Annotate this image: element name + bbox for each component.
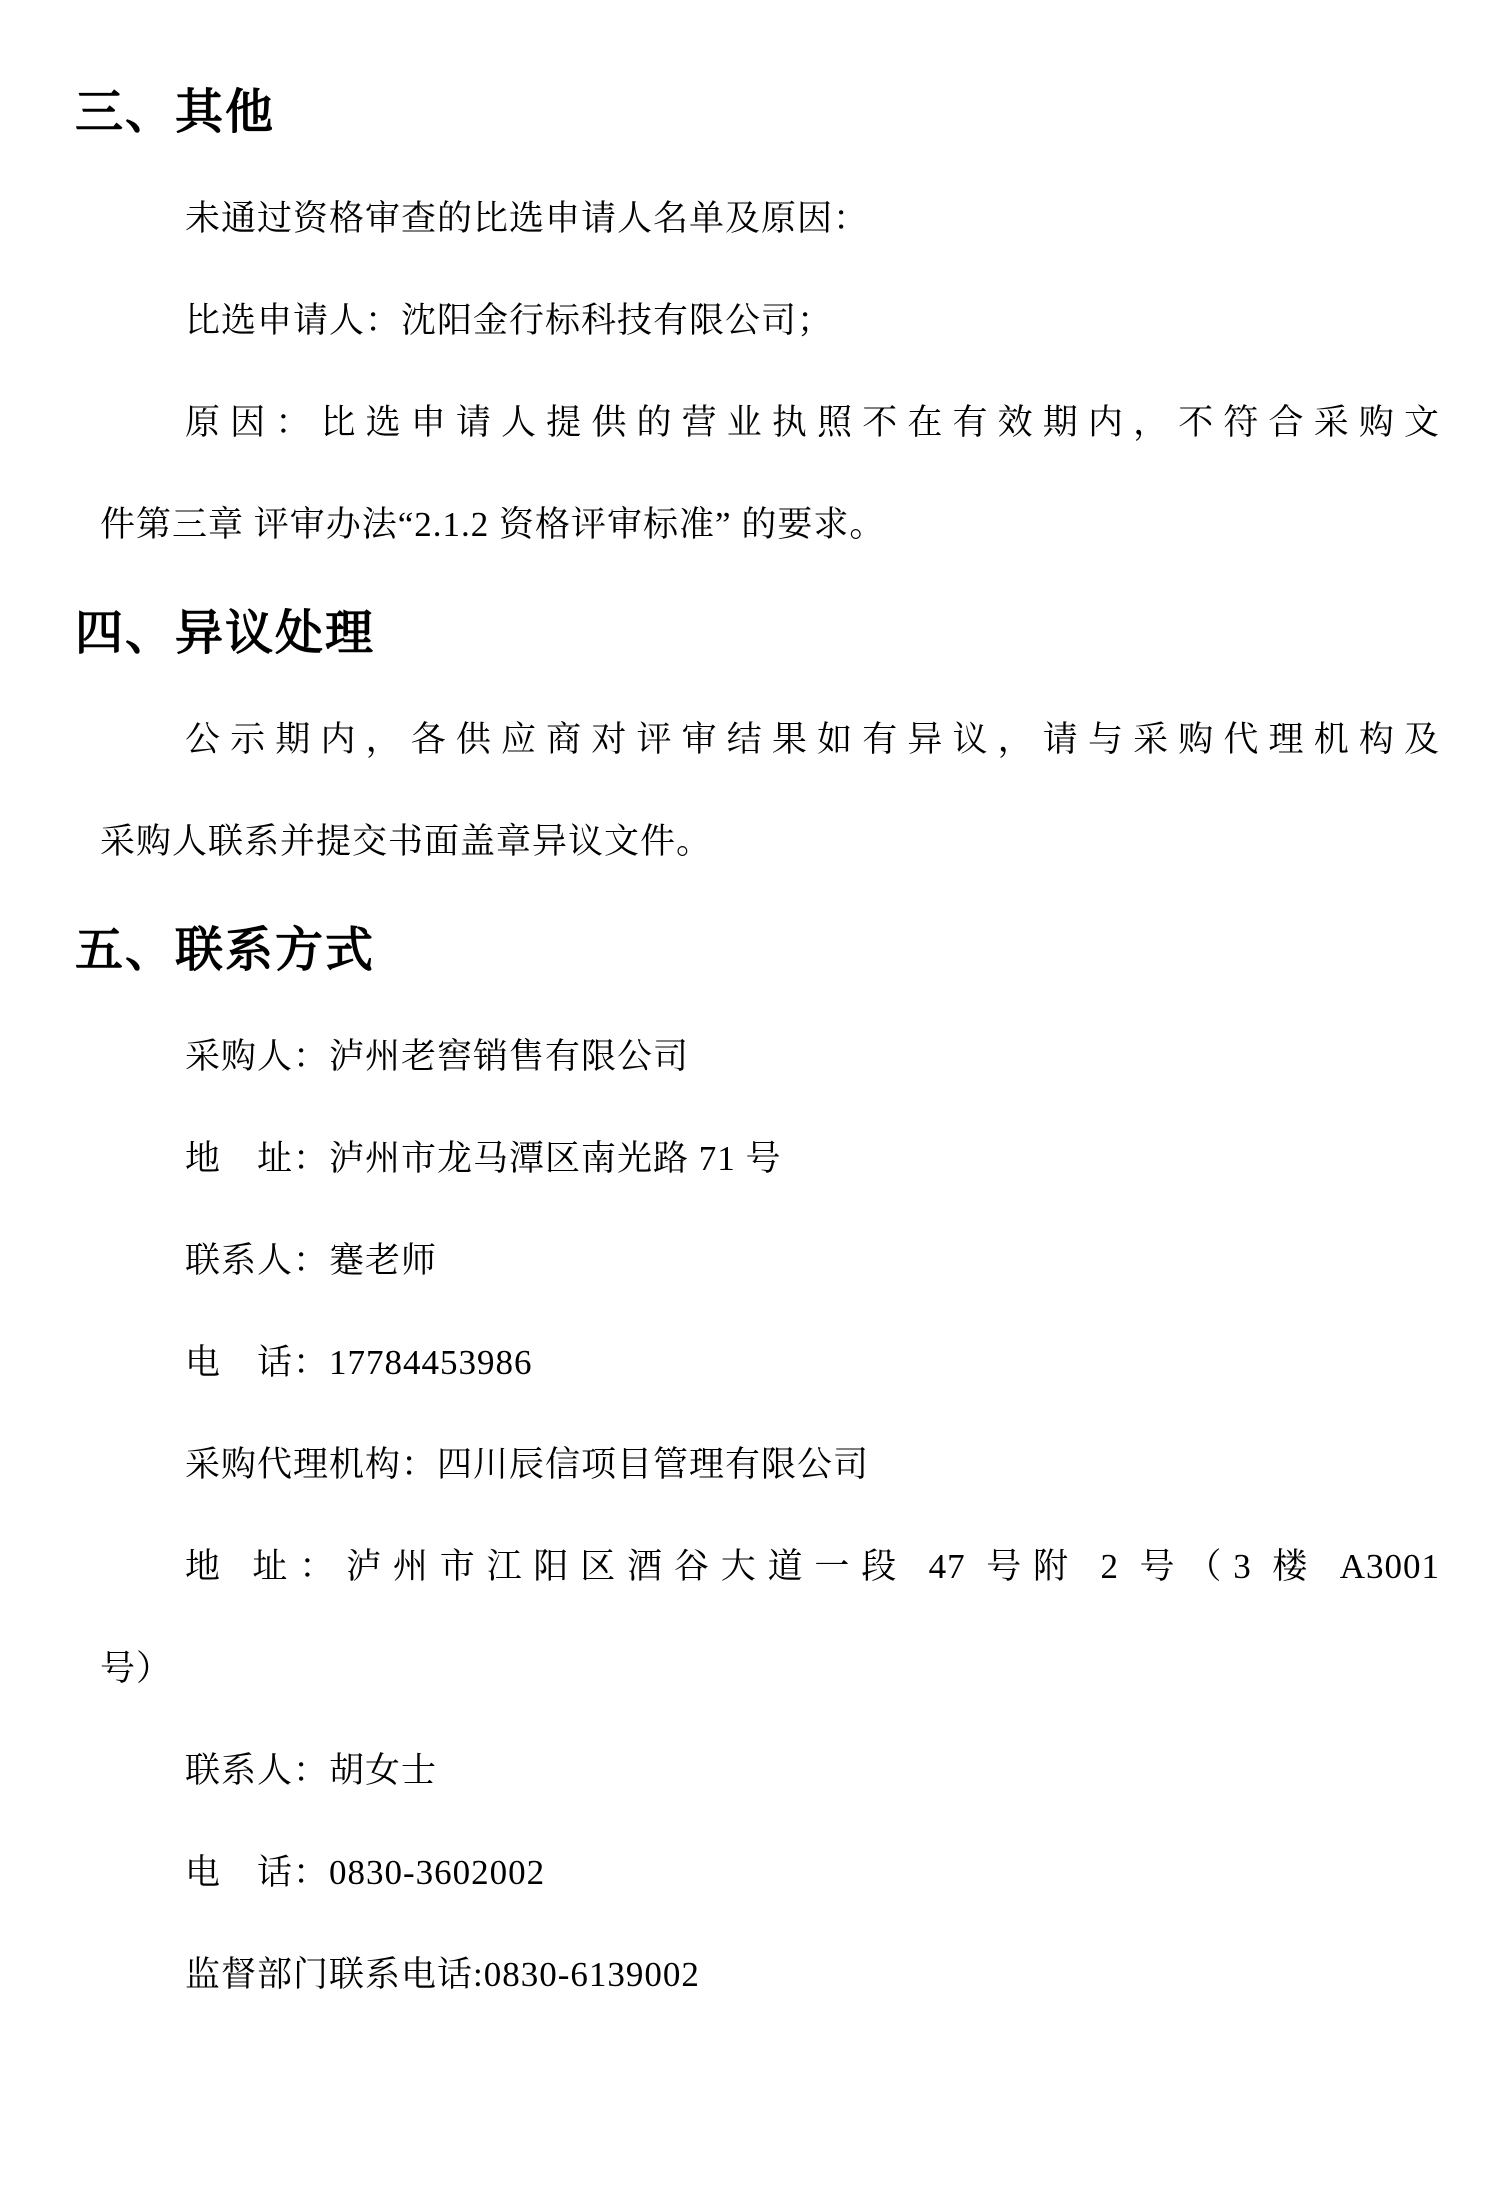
section-heading-objection: 四、异议处理 [75,604,1440,664]
purchaser-contact-person-line: 联系人：蹇老师 [100,1210,1440,1312]
purchaser-phone-line: 电 话：17784453986 [100,1312,1440,1414]
document-page: 三、其他 未通过资格审查的比选申请人名单及原因： 比选申请人：沈阳金行标科技有限… [0,0,1500,2187]
applicant-name-line: 比选申请人：沈阳金行标科技有限公司； [100,270,1440,372]
agency-phone-line: 电 话：0830-3602002 [100,1822,1440,1924]
rejection-reason-line-2: 件第三章 评审办法“2.1.2 资格评审标准” 的要求。 [100,474,1440,576]
agency-contact-person-line: 联系人：胡女士 [100,1720,1440,1822]
section-heading-other: 三、其他 [75,83,1440,143]
objection-text-line-2: 采购人联系并提交书面盖章异议文件。 [100,791,1440,893]
purchaser-name-line: 采购人：泸州老窖销售有限公司 [100,1006,1440,1108]
agency-address-line-1: 地 址：泸州市江阳区酒谷大道一段 47 号附 2 号（3 楼 A3001 [100,1516,1440,1618]
unqualified-applicants-intro-line: 未通过资格审查的比选申请人名单及原因： [100,168,1440,270]
section-heading-contact: 五、联系方式 [75,921,1440,981]
supervision-phone-line: 监督部门联系电话:0830-6139002 [100,1924,1440,2026]
agency-address-line-2: 号） [100,1618,1440,1720]
objection-text-line-1: 公示期内，各供应商对评审结果如有异议，请与采购代理机构及 [100,689,1440,791]
agency-name-line: 采购代理机构：四川辰信项目管理有限公司 [100,1414,1440,1516]
purchaser-address-line: 地 址：泸州市龙马潭区南光路 71 号 [100,1108,1440,1210]
rejection-reason-line-1: 原因：比选申请人提供的营业执照不在有效期内，不符合采购文 [100,372,1440,474]
